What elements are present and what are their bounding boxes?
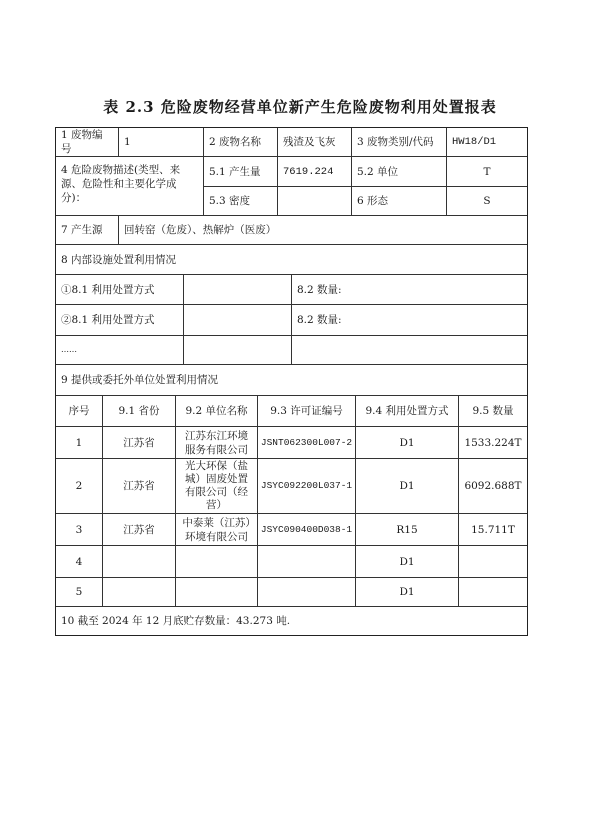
page-title: 表 2.3 危险废物经营单位新产生危险废物利用处置报表 (0, 96, 600, 117)
internal-qty-label-1: 8.2 数量: (292, 275, 527, 305)
form-label: 6 形态 (352, 187, 447, 216)
waste-category-label: 3 废物类别/代码 (352, 128, 447, 157)
row2-license: JSYC092200L037-1 (258, 459, 356, 514)
row2-method: D1 (356, 459, 459, 514)
storage-text: 10 截至 2024 年 12 月底贮存数量：43.273 吨. (56, 607, 527, 635)
row4-license (258, 546, 356, 578)
col-header-no: 序号 (56, 396, 103, 427)
row4-qty (459, 546, 527, 578)
internal-qty-label-3 (292, 336, 527, 365)
internal-qty-label-2: 8.2 数量: (292, 305, 527, 336)
row1-qty: 1533.224T (459, 427, 527, 459)
col-header-method: 9.4 利用处置方式 (356, 396, 459, 427)
waste-no-label: 1 废物编号 (56, 128, 119, 157)
internal-ellipsis: …… (56, 336, 184, 365)
row5-province (103, 578, 176, 607)
source-value: 回转窑（危废）、热解炉（医废） (119, 216, 527, 245)
col-header-company: 9.2 单位名称 (176, 396, 258, 427)
col-header-province: 9.1 省份 (103, 396, 176, 427)
row3-method: R15 (356, 514, 459, 546)
form-value: S (447, 187, 527, 216)
row5-qty (459, 578, 527, 607)
waste-category-value: HW18/D1 (447, 128, 527, 157)
row5-no: 5 (56, 578, 103, 607)
internal-method-label-1: ①8.1 利用处置方式 (56, 275, 184, 305)
internal-method-value-3 (184, 336, 292, 365)
row1-method: D1 (356, 427, 459, 459)
row3-qty: 15.711T (459, 514, 527, 546)
row4-method: D1 (356, 546, 459, 578)
col-header-license: 9.3 许可证编号 (258, 396, 356, 427)
row3-province: 江苏省 (103, 514, 176, 546)
external-header: 9 提供或委托外单位处置利用情况 (56, 365, 527, 396)
row1-province: 江苏省 (103, 427, 176, 459)
row5-method: D1 (356, 578, 459, 607)
row1-license: JSNT062300L007-2 (258, 427, 356, 459)
waste-report-table: 1 废物编号 1 2 废物名称 残渣及飞灰 3 废物类别/代码 HW18/D1 … (55, 127, 528, 636)
row5-company (176, 578, 258, 607)
internal-method-label-2: ②8.1 利用处置方式 (56, 305, 184, 336)
internal-header: 8 内部设施处置利用情况 (56, 245, 527, 275)
row2-no: 2 (56, 459, 103, 514)
source-label: 7 产生源 (56, 216, 119, 245)
density-label: 5.3 密度 (204, 187, 278, 216)
row5-license (258, 578, 356, 607)
row3-company: 中泰莱（江苏）环境有限公司 (176, 514, 258, 546)
production-value: 7619.224 (278, 157, 352, 187)
row2-qty: 6092.688T (459, 459, 527, 514)
internal-method-value-2 (184, 305, 292, 336)
internal-method-value-1 (184, 275, 292, 305)
waste-name-label: 2 废物名称 (204, 128, 278, 157)
production-label: 5.1 产生量 (204, 157, 278, 187)
row4-company (176, 546, 258, 578)
description-label: 4 危险废物描述(类型、来源、危险性和主要化学成分)： (56, 157, 204, 216)
col-header-qty: 9.5 数量 (459, 396, 527, 427)
unit-label: 5.2 单位 (352, 157, 447, 187)
row4-no: 4 (56, 546, 103, 578)
row1-no: 1 (56, 427, 103, 459)
row1-company: 江苏东江环境服务有限公司 (176, 427, 258, 459)
row4-province (103, 546, 176, 578)
row3-no: 3 (56, 514, 103, 546)
row2-province: 江苏省 (103, 459, 176, 514)
row3-license: JSYC090400D038-1 (258, 514, 356, 546)
waste-name-value: 残渣及飞灰 (278, 128, 352, 157)
density-value (278, 187, 352, 216)
unit-value: T (447, 157, 527, 187)
waste-no-value: 1 (119, 128, 204, 157)
row2-company: 光大环保（盐城）固废处置有限公司（经营） (176, 459, 258, 514)
